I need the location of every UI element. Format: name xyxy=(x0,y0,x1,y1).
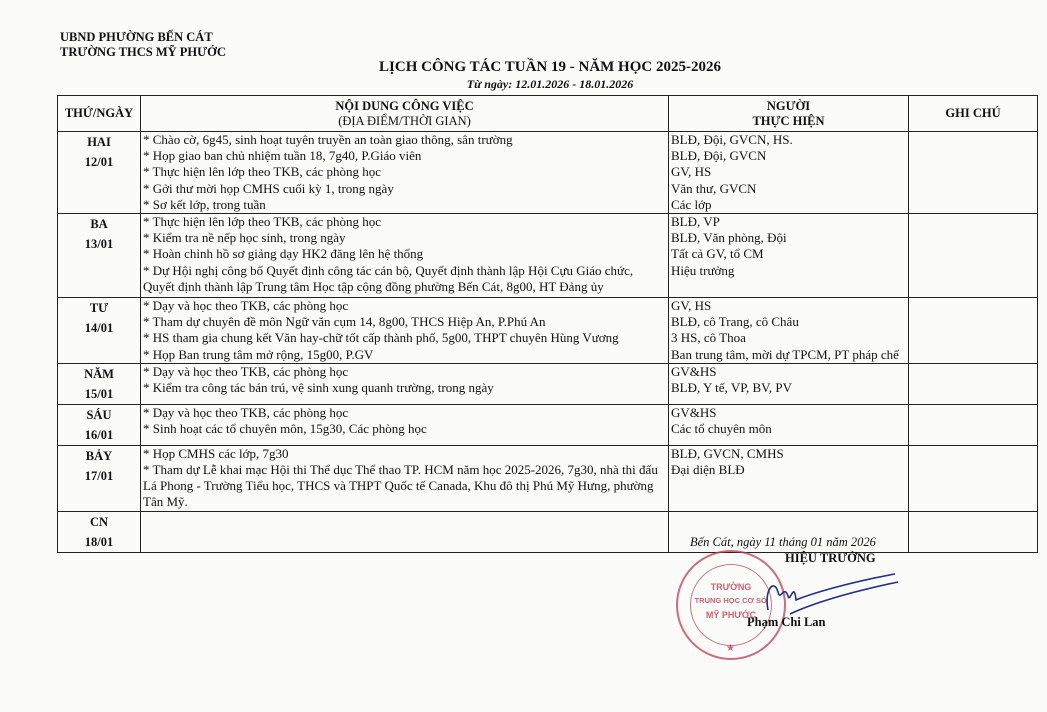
day-cell: SÁU16/01 xyxy=(58,404,141,445)
date: 17/01 xyxy=(60,466,138,486)
notes-cell xyxy=(909,298,1038,364)
table-row: SÁU16/01* Dạy và học theo TKB, các phòng… xyxy=(58,404,1038,445)
task-item: * Thực hiện lên lớp theo TKB, các phòng … xyxy=(143,214,666,230)
table-row: CN18/01 xyxy=(58,511,1038,552)
responsible-party: BLĐ, cô Trang, cô Châu xyxy=(671,314,906,330)
notes-cell xyxy=(909,445,1038,511)
responsible-party: GV&HS xyxy=(671,364,906,380)
people-cell: BLĐ, GVCN, CMHSĐại diện BLĐ xyxy=(669,445,909,511)
people-cell: GV, HSBLĐ, cô Trang, cô Châu3 HS, cô Tho… xyxy=(669,298,909,364)
day-cell: TƯ14/01 xyxy=(58,298,141,364)
responsible-party: 3 HS, cô Thoa xyxy=(671,330,906,346)
people-cell: BLĐ, Đội, GVCN, HS.BLĐ, Đội, GVCNGV, HSV… xyxy=(669,132,909,214)
tasks-cell: * Dạy và học theo TKB, các phòng học* Si… xyxy=(141,404,669,445)
responsible-party: BLĐ, Văn phòng, Đội xyxy=(671,230,906,246)
column-header-day: THỨ/NGÀY xyxy=(58,96,141,132)
task-item: * Họp giao ban chủ nhiệm tuần 18, 7g40, … xyxy=(143,148,666,164)
responsible-party: Tất cả GV, tổ CM xyxy=(671,246,906,262)
weekday: TƯ xyxy=(60,298,138,318)
task-item: * Tham dự chuyên đề môn Ngữ văn cụm 14, … xyxy=(143,314,666,330)
tasks-cell: * Họp CMHS các lớp, 7g30* Tham dự Lễ kha… xyxy=(141,445,669,511)
notes-cell xyxy=(909,132,1038,214)
responsible-party: Các tổ chuyên môn xyxy=(671,421,906,437)
people-cell: GV&HSCác tổ chuyên môn xyxy=(669,404,909,445)
notes-cell xyxy=(909,511,1038,552)
responsible-party: Văn thư, GVCN xyxy=(671,181,906,197)
tasks-cell: * Dạy và học theo TKB, các phòng học* Th… xyxy=(141,298,669,364)
table-row: TƯ14/01* Dạy và học theo TKB, các phòng … xyxy=(58,298,1038,364)
responsible-party: Hiệu trưởng xyxy=(671,263,906,279)
column-header-people: NGƯỜI THỰC HIỆN xyxy=(669,96,909,132)
responsible-party: BLĐ, Đội, GVCN xyxy=(671,148,906,164)
task-item: * Hoàn chỉnh hồ sơ giảng dạy HK2 đăng lê… xyxy=(143,246,666,262)
table-row: NĂM15/01* Dạy và học theo TKB, các phòng… xyxy=(58,363,1038,404)
day-cell: BA13/01 xyxy=(58,214,141,298)
sign-place-date: Bến Cát, ngày 11 tháng 01 năm 2026 xyxy=(690,535,876,550)
date: 14/01 xyxy=(60,318,138,338)
responsible-party: GV&HS xyxy=(671,405,906,421)
weekday: BẢY xyxy=(60,446,138,466)
weekday: SÁU xyxy=(60,405,138,425)
table-row: BA13/01* Thực hiện lên lớp theo TKB, các… xyxy=(58,214,1038,298)
task-item: * HS tham gia chung kết Văn hay-chữ tốt … xyxy=(143,330,666,346)
date: 18/01 xyxy=(60,532,138,552)
task-item: * Dạy và học theo TKB, các phòng học xyxy=(143,298,666,314)
table-row: BẢY17/01* Họp CMHS các lớp, 7g30* Tham d… xyxy=(58,445,1038,511)
date: 13/01 xyxy=(60,234,138,254)
day-cell: NĂM15/01 xyxy=(58,363,141,404)
task-item: * Chào cờ, 6g45, sinh hoạt tuyên truyền … xyxy=(143,132,666,148)
task-item: * Dạy và học theo TKB, các phòng học xyxy=(143,364,666,380)
notes-cell xyxy=(909,404,1038,445)
responsible-party: Ban trung tâm, mời dự TPCM, PT pháp chế xyxy=(671,347,906,363)
tasks-cell: * Dạy và học theo TKB, các phòng học* Ki… xyxy=(141,363,669,404)
document-title: LỊCH CÔNG TÁC TUẦN 19 - NĂM HỌC 2025-202… xyxy=(375,59,725,92)
table-header-row: THỨ/NGÀY NỘI DUNG CÔNG VIỆC (ĐỊA ĐIỂM/TH… xyxy=(58,96,1038,132)
authority-name: UBND PHƯỜNG BẾN CÁT xyxy=(60,30,226,45)
responsible-party: BLĐ, Y tế, VP, BV, PV xyxy=(671,380,906,396)
task-item: * Họp CMHS các lớp, 7g30 xyxy=(143,446,666,462)
day-cell: CN18/01 xyxy=(58,511,141,552)
weekday: CN xyxy=(60,512,138,532)
column-header-content: NỘI DUNG CÔNG VIỆC (ĐỊA ĐIỂM/THỜI GIAN) xyxy=(141,96,669,132)
weekday: NĂM xyxy=(60,364,138,384)
table-row: HAI12/01* Chào cờ, 6g45, sinh hoạt tuyên… xyxy=(58,132,1038,214)
school-name: TRƯỜNG THCS MỸ PHƯỚC xyxy=(60,45,226,60)
task-item: * Họp Ban trung tâm mở rộng, 15g00, P.GV xyxy=(143,347,666,363)
responsible-party: BLĐ, GVCN, CMHS xyxy=(671,446,906,462)
task-item: * Tham dự Lễ khai mạc Hội thi Thể dục Th… xyxy=(143,462,666,511)
task-item: * Kiểm tra nề nếp học sinh, trong ngày xyxy=(143,230,666,246)
date: 15/01 xyxy=(60,384,138,404)
task-item: * Sơ kết lớp, trong tuần xyxy=(143,197,666,213)
weekday: BA xyxy=(60,214,138,234)
task-item: * Dạy và học theo TKB, các phòng học xyxy=(143,405,666,421)
responsible-party: Các lớp xyxy=(671,197,906,213)
responsible-party: Đại diện BLĐ xyxy=(671,462,906,478)
responsible-party: GV, HS xyxy=(671,298,906,314)
tasks-cell: * Thực hiện lên lớp theo TKB, các phòng … xyxy=(141,214,669,298)
weekday: HAI xyxy=(60,132,138,152)
date: 12/01 xyxy=(60,152,138,172)
day-cell: BẢY17/01 xyxy=(58,445,141,511)
day-cell: HAI12/01 xyxy=(58,132,141,214)
sign-name: Phạm Chi Lan xyxy=(747,615,826,630)
issuing-organization: UBND PHƯỜNG BẾN CÁT TRƯỜNG THCS MỸ PHƯỚC xyxy=(60,30,226,60)
sign-role: HIỆU TRƯỞNG xyxy=(785,551,876,566)
title-date-range: Từ ngày: 12.01.2026 - 18.01.2026 xyxy=(375,77,725,92)
task-item: * Gởi thư mời họp CMHS cuối kỳ 1, trong … xyxy=(143,181,666,197)
responsible-party: BLĐ, VP xyxy=(671,214,906,230)
task-item: * Dự Hội nghị công bố Quyết định công tá… xyxy=(143,263,666,295)
notes-cell xyxy=(909,363,1038,404)
people-cell: BLĐ, VPBLĐ, Văn phòng, ĐộiTất cả GV, tổ … xyxy=(669,214,909,298)
schedule-table: THỨ/NGÀY NỘI DUNG CÔNG VIỆC (ĐỊA ĐIỂM/TH… xyxy=(57,95,1038,553)
title-main: LỊCH CÔNG TÁC TUẦN 19 - NĂM HỌC 2025-202… xyxy=(375,59,725,76)
tasks-cell xyxy=(141,511,669,552)
responsible-party: BLĐ, Đội, GVCN, HS. xyxy=(671,132,906,148)
responsible-party: GV, HS xyxy=(671,164,906,180)
people-cell: GV&HSBLĐ, Y tế, VP, BV, PV xyxy=(669,363,909,404)
notes-cell xyxy=(909,214,1038,298)
date: 16/01 xyxy=(60,425,138,445)
principal-signature xyxy=(760,570,900,620)
tasks-cell: * Chào cờ, 6g45, sinh hoạt tuyên truyền … xyxy=(141,132,669,214)
column-header-notes: GHI CHÚ xyxy=(909,96,1038,132)
schedule-body: HAI12/01* Chào cờ, 6g45, sinh hoạt tuyên… xyxy=(58,132,1038,553)
task-item: * Kiểm tra công tác bán trú, vệ sinh xun… xyxy=(143,380,666,396)
task-item: * Sinh hoạt các tổ chuyên môn, 15g30, Cá… xyxy=(143,421,666,437)
task-item: * Thực hiện lên lớp theo TKB, các phòng … xyxy=(143,164,666,180)
star-icon: ★ xyxy=(726,643,735,654)
